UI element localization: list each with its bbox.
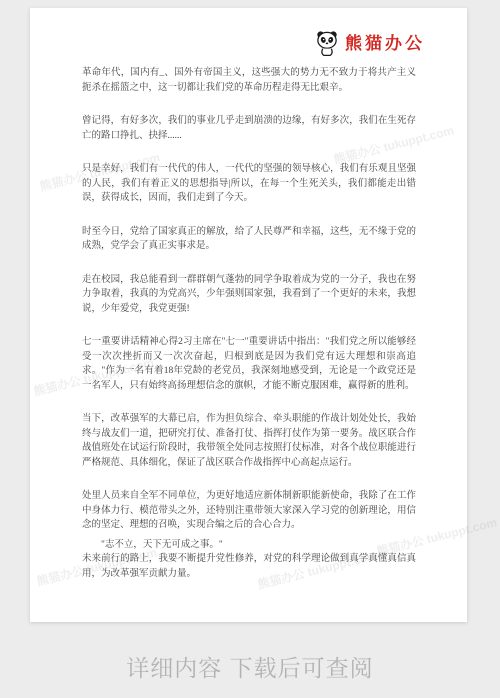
paragraph: 革命年代，国内有_、国外有帝国主义，这些强大的势力无不致力于将共产主义扼杀在摇篮… xyxy=(82,66,416,95)
paragraph: 只是幸好，我们有一代代的伟人，一代代的坚强的领导核心，我们有乐观且坚强的人民，我… xyxy=(82,162,416,206)
paragraph: 当下，改革强军的大幕已启，作为担负综合、牵头职能的作战计划处处长，我始终与战友们… xyxy=(82,412,416,470)
paragraph: 曾记得，有好多次，我们的事业几乎走到崩溃的边缘，有好多次，我们在生死存亡的路口挣… xyxy=(82,114,416,143)
document-preview-screen: { "logo": { "brand": "熊猫办公", "icon": "pa… xyxy=(0,0,500,698)
paragraph: 走在校园，我总能看到一群群朝气蓬勃的同学争取着成为党的一分子，我也在努力争取着，… xyxy=(82,273,416,317)
paragraph: 处里人员来自全军不同单位，为更好地适应新体制新职能新使命，我除了在工作中身体力行… xyxy=(82,489,416,533)
download-notice: 详细内容 下载后可查阅 xyxy=(0,650,500,683)
paragraph: 时至今日，党给了国家真正的解放，给了人民尊严和幸福，这些，无不缘于党的成熟，党学… xyxy=(82,225,416,254)
quote-line: "志不立，天下无可成之事。" xyxy=(82,538,416,553)
paragraph: 七一重要讲话精神心得2习主席在"七一"重要讲话中指出："我们党之所以能够经受一次… xyxy=(82,335,416,393)
paragraph: 未来前行的路上，我要不断提升党性修养，对党的科学理论做到真学真懂真信真用，为改革… xyxy=(82,552,416,581)
document-body: 革命年代，国内有_、国外有帝国主义，这些强大的势力无不致力于将共产主义扼杀在摇篮… xyxy=(30,8,467,581)
document-page: 熊猫办公 革命年代，国内有_、国外有帝国主义，这些强大的势力无不致力于将共产主义… xyxy=(30,8,467,622)
